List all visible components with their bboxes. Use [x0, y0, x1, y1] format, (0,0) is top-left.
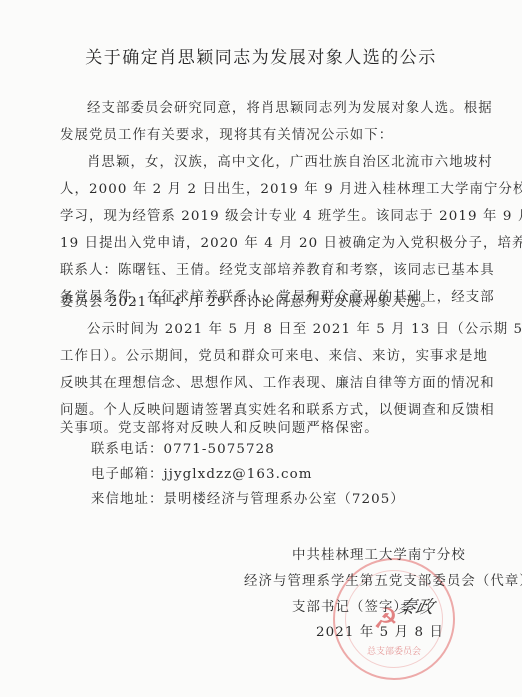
signoff-date: 2021 年 5 月 8 日: [316, 621, 444, 640]
contact-phone: 联系电话：0771-5075728: [91, 438, 275, 457]
signoff-org-line-1: 中共桂林理工大学南宁分校: [292, 544, 466, 563]
paragraph-2-line-7: 委员会 2021 年 4 月 29 日讨论同意列为发展对象人选。: [60, 291, 435, 310]
paragraph-3-line-5: 关事项。党支部将对反映人和反映问题严格保密。: [60, 417, 379, 436]
paragraph-2-line-2: 人，2000 年 2 月 2 日出生，2019 年 9 月进入桂林理工大学南宁分…: [60, 178, 522, 197]
document-title: 关于确定肖思颖同志为发展对象人选的公示: [0, 43, 522, 68]
contact-address: 来信地址：景明楼经济与管理系办公室（7205）: [91, 488, 405, 507]
signoff-org-line-2: 经济与管理系学生第五党支部委员会（代章）: [244, 570, 522, 589]
paragraph-2-line-3: 学习，现为经管系 2019 级会计专业 4 班学生。该同志于 2019 年 9 …: [60, 205, 522, 224]
paragraph-2-line-5: 联系人：陈曙钰、王倩。经党支部培养教育和考察，该同志已基本具: [60, 259, 495, 278]
document-page: 关于确定肖思颖同志为发展对象人选的公示 经支部委员会研究同意，将肖思颖同志列为发…: [0, 0, 522, 697]
secretary-signature: 秦政: [395, 593, 437, 619]
contact-email: 电子邮箱：jjyglxdzz@163.com: [91, 463, 313, 482]
paragraph-3-line-4: 问题。个人反映问题请签署真实姓名和联系方式，以便调查和反馈相: [60, 399, 495, 418]
paragraph-1-line-2: 发展党员工作有关要求，现将其有关情况公示如下：: [60, 124, 393, 143]
seal-text: 总支部委员会: [335, 644, 453, 657]
paragraph-2-line-1: 肖思颖，女，汉族，高中文化，广西壮族自治区北流市六地坡村: [87, 151, 493, 170]
paragraph-3-line-2: 工作日）。公示期间，党员和群众可来电、来信、来访，实事求是地: [60, 345, 488, 364]
paragraph-1-line-1: 经支部委员会研究同意，将肖思颖同志列为发展对象人选。根据: [87, 97, 493, 116]
paragraph-3-line-1: 公示时间为 2021 年 5 月 8 日至 2021 年 5 月 13 日（公示…: [87, 318, 522, 337]
paragraph-3-line-3: 反映其在理想信念、思想作风、工作表现、廉洁自律等方面的情况和: [60, 372, 495, 391]
paragraph-2-line-4: 19 日提出入党申请，2020 年 4 月 20 日被确定为入党积极分子，培养: [60, 232, 522, 251]
